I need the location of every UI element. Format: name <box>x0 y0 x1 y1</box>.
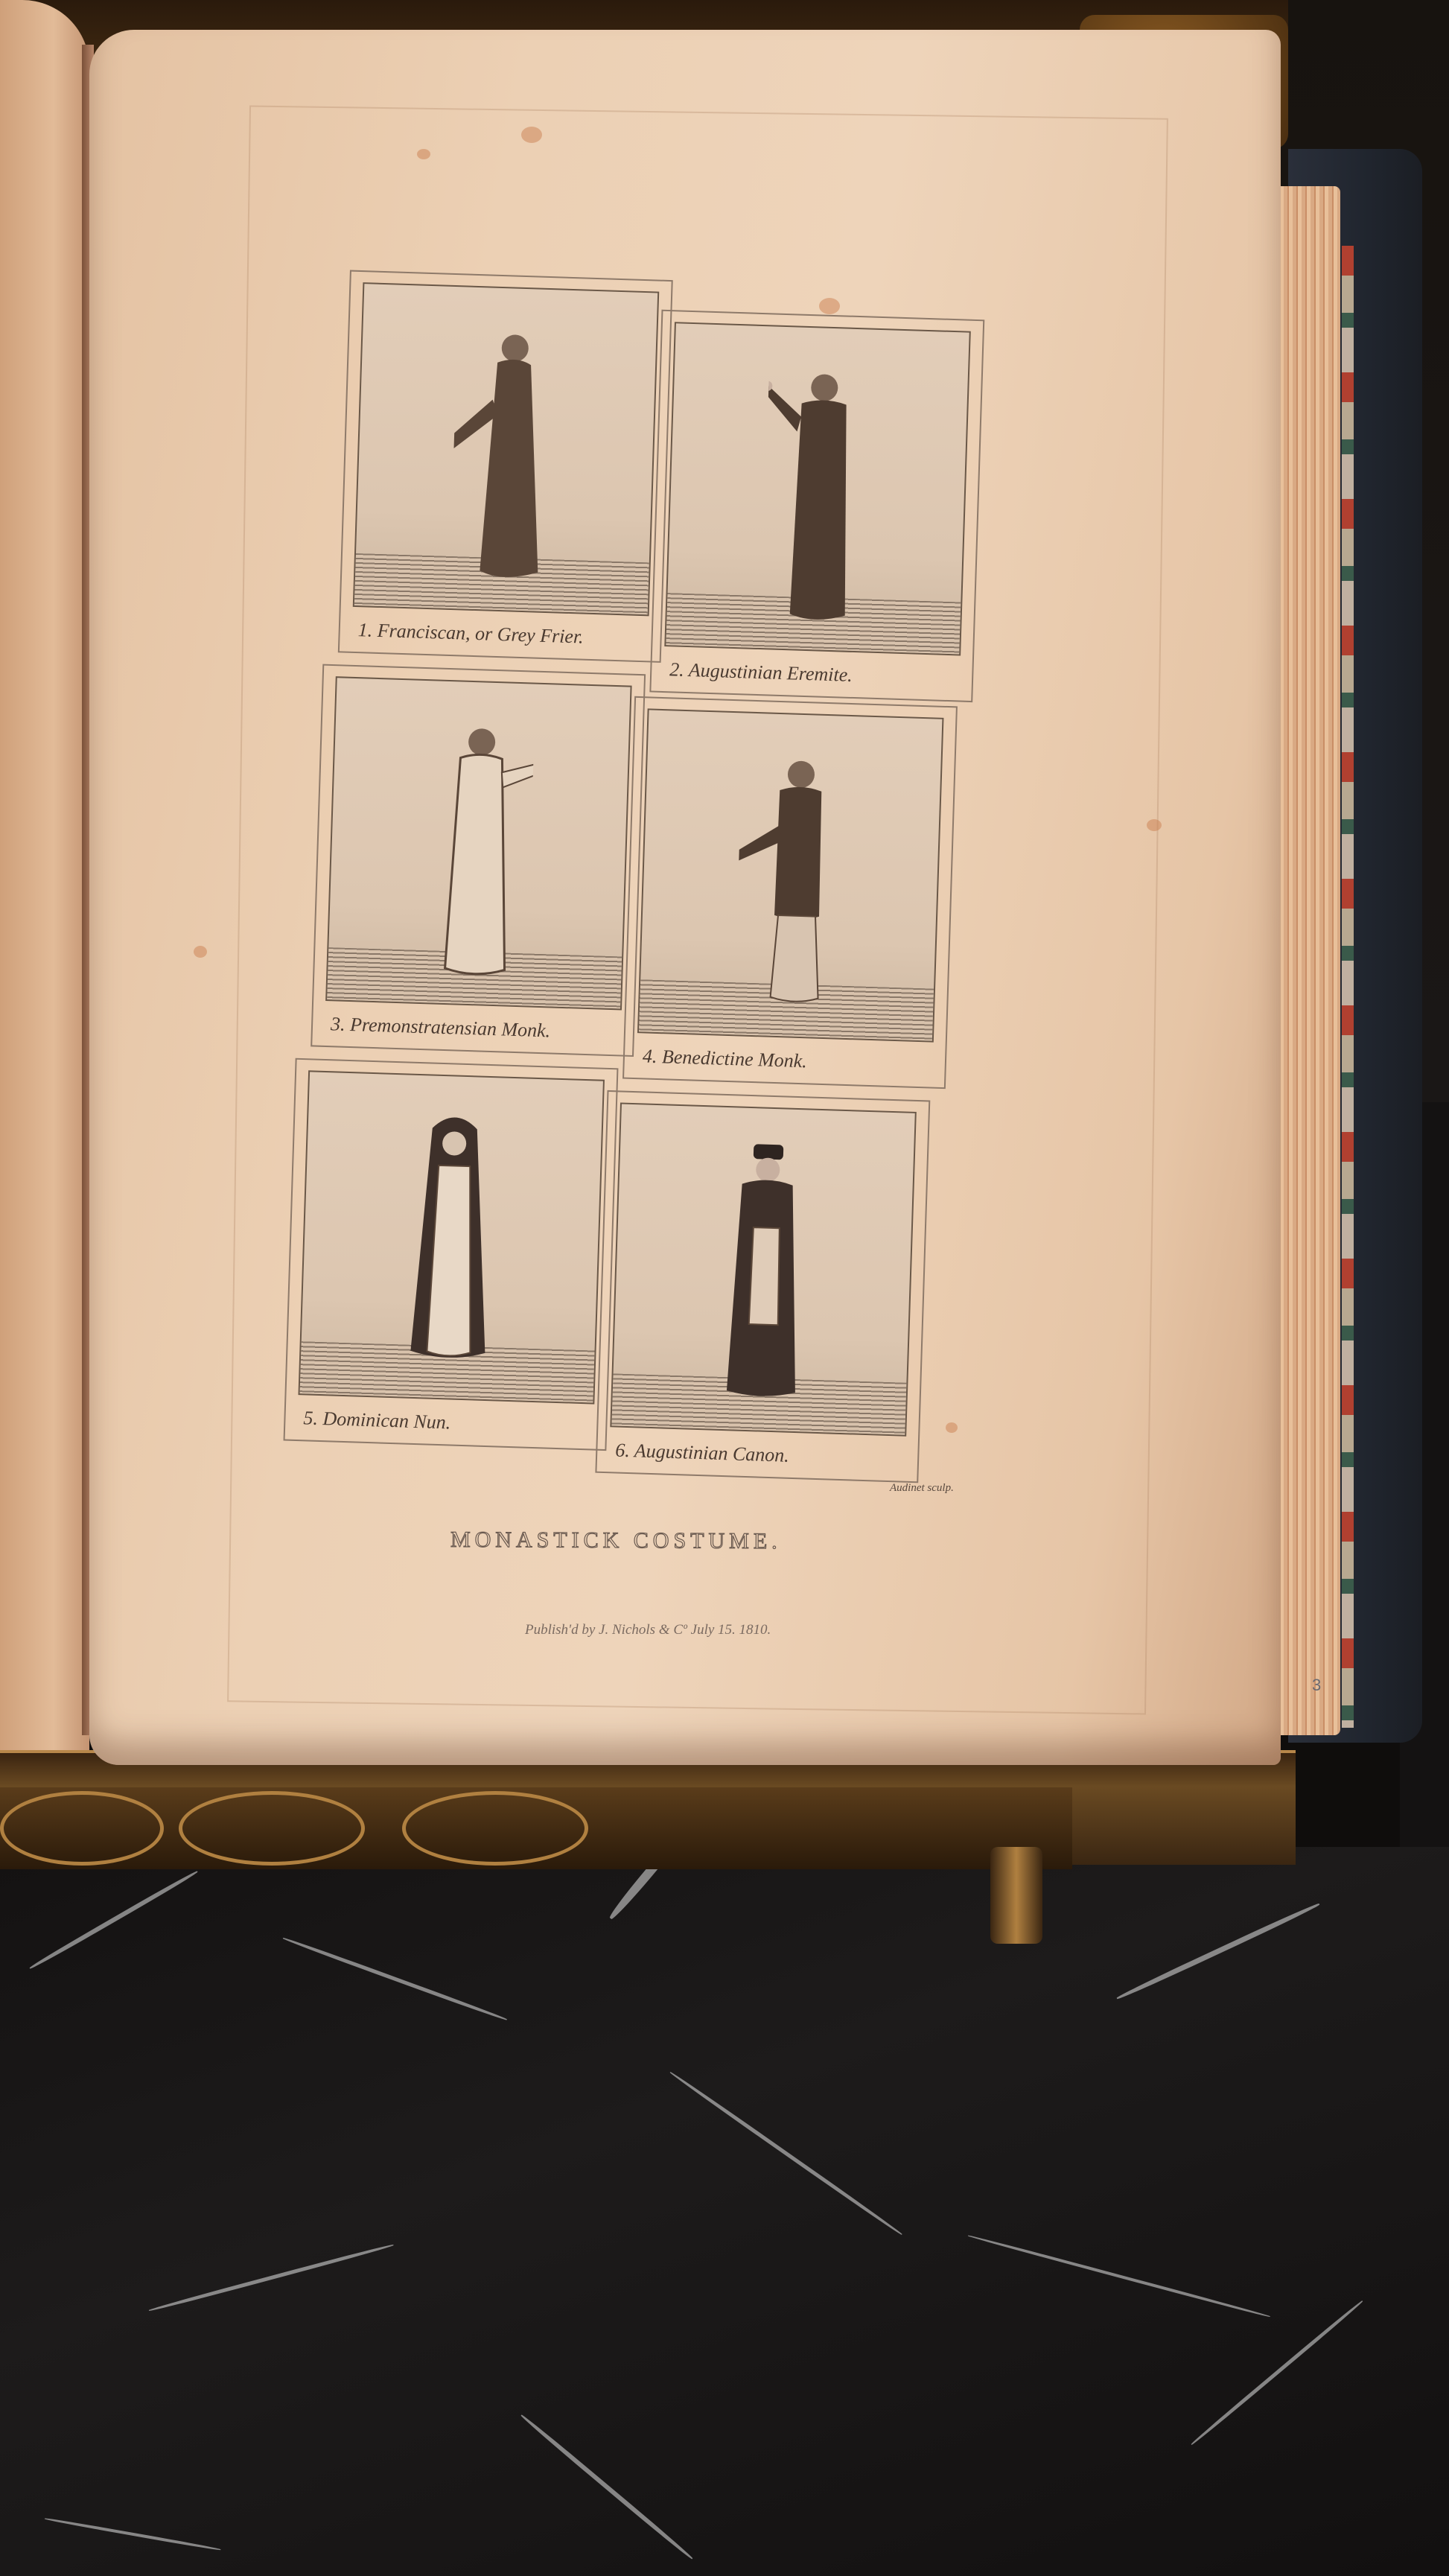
benedictine-monk-figure <box>734 742 847 1021</box>
gilt-ihs-medallion <box>179 1791 365 1866</box>
caption-1: 1. Franciscan, or Grey Frier. <box>357 619 584 649</box>
marbled-endpaper <box>1342 246 1354 1728</box>
engraving-panel-2: 2. Augustinian Eremite. <box>649 310 984 702</box>
publisher-imprint: Publish'd by J. Nichols & Cº July 15. 18… <box>525 1622 771 1638</box>
engraving-panel-4: 4. Benedictine Monk. <box>622 696 958 1089</box>
engraving-panel-5: 5. Dominican Nun. <box>284 1058 619 1451</box>
franciscan-friar-figure <box>449 317 562 595</box>
engraving-panel-3: 3. Premonstratensian Monk. <box>310 664 646 1057</box>
foxing-spot <box>417 149 430 159</box>
caption-3: 3. Premonstratensian Monk. <box>331 1013 551 1042</box>
gilt-ornament <box>0 1791 164 1866</box>
premonstratensian-monk-figure <box>422 710 535 989</box>
foxing-spot <box>1147 819 1162 831</box>
foxing-spot <box>521 127 542 143</box>
caption-5: 5. Dominican Nun. <box>303 1407 451 1434</box>
foxing-spot <box>194 946 207 958</box>
caption-4: 4. Benedictine Monk. <box>643 1045 808 1072</box>
dominican-nun-figure <box>395 1104 508 1383</box>
caption-6: 6. Augustinian Canon. <box>615 1439 789 1466</box>
engraving-panel-1: 1. Franciscan, or Grey Frier. <box>338 270 673 663</box>
gilt-ornament <box>402 1791 588 1866</box>
lectern-leg <box>990 1847 1042 1944</box>
marble-table <box>0 1847 1449 2576</box>
left-page <box>0 0 89 1750</box>
caption-2: 2. Augustinian Eremite. <box>669 658 853 687</box>
plate-title: MONASTICK COSTUME. <box>450 1527 782 1554</box>
augustinian-eremite-figure <box>761 356 874 635</box>
augustinian-canon-figure <box>707 1136 820 1415</box>
engraving-grid: 1. Franciscan, or Grey Frier. 2. Augusti… <box>252 268 990 1496</box>
engraver-credit: Audinet sculp. <box>890 1482 954 1495</box>
pencil-mark: 3 <box>1312 1676 1321 1695</box>
engraving-panel-6: 6. Augustinian Canon. <box>595 1090 930 1483</box>
